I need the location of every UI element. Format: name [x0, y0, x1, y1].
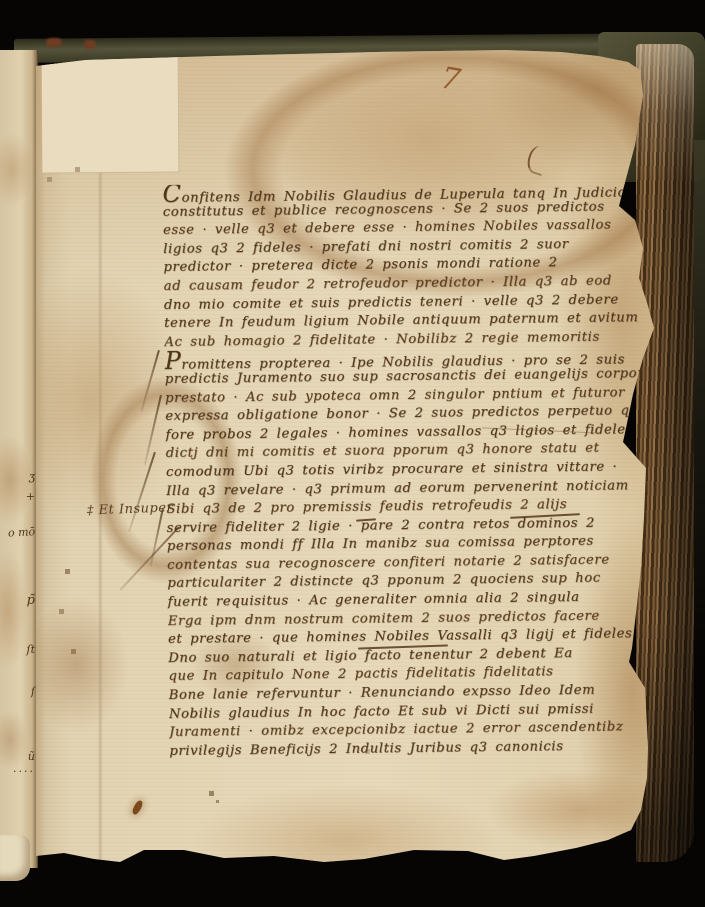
text-block: Confitens Idm Nobilis Glaudius de Luperu…	[162, 179, 655, 769]
headband-wear-right	[84, 40, 96, 49]
repair-patch	[42, 54, 180, 174]
ink-speck	[131, 799, 144, 816]
headband-wear-left	[46, 38, 62, 47]
page-curl-bottom-left	[0, 835, 30, 881]
gutter-text-fragment: ũ	[28, 750, 35, 763]
gutter-text-fragment: ſ	[31, 685, 35, 698]
descender-flourish	[128, 452, 156, 533]
gutter-text-fragment: p̃	[27, 593, 35, 608]
folio-number: 7	[438, 61, 463, 99]
gutter-text-fragment: o mō	[7, 525, 35, 539]
gutter-text-fragment: +	[26, 490, 35, 503]
facing-page-sliver: ʒ + o mō p̃ ſt ſ ũ ····	[0, 50, 38, 868]
pen-flourish	[524, 144, 550, 176]
gutter-text-fragment: ſt	[27, 643, 36, 656]
manuscript-photo: ʒ + o mō p̃ ſt ſ ũ ···· 7 ‡ Et Insuper C…	[0, 0, 705, 907]
gutter-text-fragment: ʒ	[29, 470, 35, 483]
gutter-text-fragment: ····	[13, 765, 35, 778]
descender-flourish	[150, 508, 164, 567]
manuscript-page: 7 ‡ Et Insuper Confitens Idm Nobilis Gla…	[36, 50, 654, 865]
